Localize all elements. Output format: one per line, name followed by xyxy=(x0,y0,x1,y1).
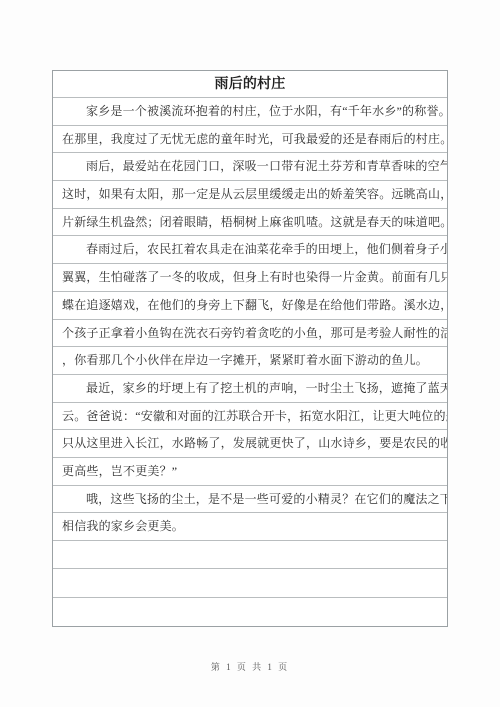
essay-title: 雨后的村庄 xyxy=(53,71,447,98)
empty-row xyxy=(53,569,447,597)
document-page: 雨后的村庄 家乡是一个被溪流环抱着的村庄，位于水阳，有“千年水乡”的称誉。在那里… xyxy=(0,0,500,707)
text-row: 翼翼，生怕碰落了一冬的收成，但身上有时也染得一片金黄。前面有几只蝴 xyxy=(53,264,447,292)
text-row: 哦，这些飞扬的尘土，是不是一些可爱的小精灵？在它们的魔法之下， xyxy=(53,486,447,514)
document-rows: 家乡是一个被溪流环抱着的村庄，位于水阳，有“千年水乡”的称誉。在那里，我度过了无… xyxy=(53,98,447,626)
text-row: 云。爸爸说：“安徽和对面的江苏联合开卡，拓宽水阳江，让更大吨位的船 xyxy=(53,403,447,431)
text-row: 个孩子正拿着小鱼钩在洗衣石旁钓着贪吃的小鱼，那可是考验人耐性的活儿 xyxy=(53,320,447,348)
essay-table: 雨后的村庄 家乡是一个被溪流环抱着的村庄，位于水阳，有“千年水乡”的称誉。在那里… xyxy=(52,70,448,627)
text-row: 春雨过后，农民扛着农具走在油菜花牵手的田埂上，他们侧着身子小心 xyxy=(53,236,447,264)
empty-row xyxy=(53,541,447,569)
text-row: 蝶在追逐嬉戏，在他们的身旁上下翻飞，好像是在给他们带路。溪水边，几 xyxy=(53,292,447,320)
text-row: 家乡是一个被溪流环抱着的村庄，位于水阳，有“千年水乡”的称誉。 xyxy=(53,98,447,126)
text-row: 这时，如果有太阳，那一定是从云层里缓缓走出的娇羞笑容。远眺高山，一 xyxy=(53,181,447,209)
text-row: 相信我的家乡会更美。 xyxy=(53,513,447,541)
text-row: 在那里，我度过了无忧无虑的童年时光，可我最爱的还是春雨后的村庄。 xyxy=(53,126,447,154)
text-row: ，你看那几个小伙伴在岸边一字摊开，紧紧盯着水面下游动的鱼儿。 xyxy=(53,347,447,375)
text-row: 更高些，岂不更美？” xyxy=(53,458,447,486)
text-row: 只从这里进入长江，水路畅了，发展就更快了，山水诗乡，要是农民的收入 xyxy=(53,430,447,458)
text-row: 片新绿生机盎然；闭着眼睛，梧桐树上麻雀叽喳。这就是春天的味道吧。 xyxy=(53,209,447,237)
text-row: 最近，家乡的圩埂上有了挖土机的声响，一时尘土飞扬，遮掩了蓝天白 xyxy=(53,375,447,403)
empty-row xyxy=(53,598,447,626)
text-row: 雨后，最爱站在花园门口，深吸一口带有泥土芬芳和青草香味的空气。 xyxy=(53,153,447,181)
page-number-footer: 第 1 页 共 1 页 xyxy=(0,660,500,673)
